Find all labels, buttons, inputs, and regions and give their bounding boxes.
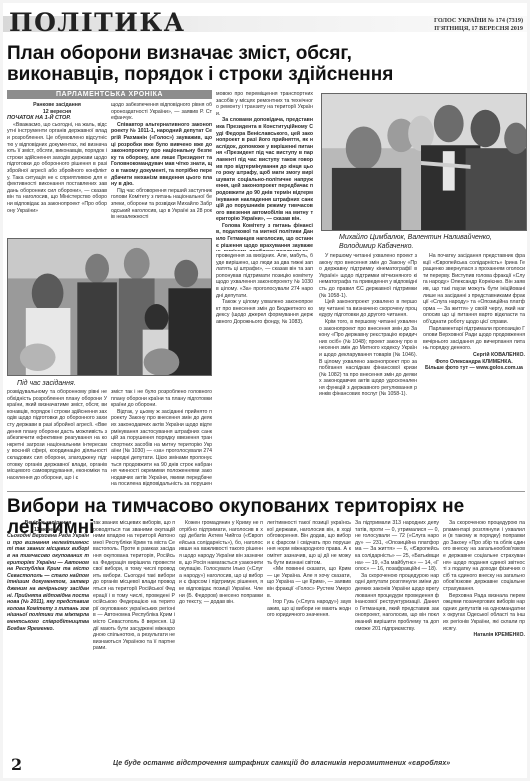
- body-text: У першому читанні ухвалено проект закону…: [319, 253, 417, 299]
- page-number: 2: [11, 755, 22, 774]
- issue-date: П'ЯТНИЦЯ, 17 ВЕРЕСНЯ 2019: [434, 25, 523, 33]
- article1-headline: План оборони визначає зміст, обсяг, вико…: [7, 43, 437, 85]
- body-text: щодо забезпечення відповідного рівня обо…: [111, 102, 212, 122]
- issue-number: ГОЛОС УКРАЇНИ № 174 (7319): [434, 17, 523, 25]
- article2-column-1: Вечірнє засідання11 вересня Сьогодні Вер…: [7, 520, 89, 748]
- body-text: Відтак, у цьому ж засіданні прийнято про…: [111, 409, 212, 489]
- body-text: легітимності такої позиції української д…: [267, 520, 351, 566]
- body-text: За підтримали 313 народних депутатів, пр…: [355, 520, 439, 573]
- body-text: На початку засідання представник фракції…: [423, 253, 525, 326]
- article1-column-3: мовою про переміщення транспортних засоб…: [216, 91, 313, 251]
- dateline: Вечірнє засідання11 вересня: [7, 520, 89, 533]
- article1-column-lower-1: розвідувальному та оборонному рівні необ…: [7, 389, 107, 489]
- body-text: Крім того, в першому читанні ухвалено за…: [319, 319, 417, 398]
- body-text: розвідувальному та оборонному рівні необ…: [7, 389, 107, 481]
- article2-column-3: Кожен громадянин у Криму не потрібно під…: [179, 520, 263, 748]
- body-text: За словами доповідача, представника През…: [216, 117, 313, 223]
- body-text: За скороченою процедурою парламентарі ро…: [443, 520, 525, 593]
- author-signature: Сергій КОВАЛЕНКО.: [423, 352, 525, 359]
- dateline: Ранкове засідання12 вересня: [7, 102, 107, 115]
- masthead: ПОЛІТИКА ГОЛОС УКРАЇНИ № 174 (7319) П'ЯТ…: [3, 8, 527, 36]
- article1-column-lower-3: проведення за вихідних. Але, мабуть, буд…: [216, 253, 313, 489]
- body-text: Верховна Рада визнала переможцями позаче…: [443, 593, 525, 633]
- body-text: «Ми повинні сказати, що Крим — це Україн…: [267, 566, 351, 599]
- body-text: зміст так і не було розроблено головного…: [111, 389, 212, 409]
- lead-text: Сьогодні Верховна Рада України про визна…: [7, 533, 89, 632]
- body-text: За скороченою процедурою народні депутат…: [355, 573, 439, 632]
- body-text: Кожен громадянин у Криму не потрібно під…: [179, 520, 263, 606]
- article2-column-6: За скороченою процедурою парламентарі ро…: [443, 520, 525, 748]
- body-text: Ігор Гузь («Слуга народу») зауважив, що …: [267, 599, 351, 619]
- page-footer: 2 Це буде останнє відстрочення штрафних …: [3, 751, 527, 778]
- body-text: Також у цілому ухвалено законопроект про…: [216, 299, 313, 325]
- author-signature: Наталія КРЕМЕНКО.: [443, 632, 525, 639]
- body-text: Під час обговорення перший заступник гол…: [111, 188, 212, 221]
- section-title: ПОЛІТИКА: [9, 8, 186, 38]
- photo-deputies-caption: Михайло Цимбалюк, Валентин Наливайченко,…: [339, 233, 519, 251]
- body-text: мовою про переміщення транспортних засоб…: [216, 91, 313, 117]
- footer-teaser: Це буде останнє відстрочення штрафних са…: [113, 760, 450, 767]
- photo-deputies-image: [322, 94, 526, 230]
- newspaper-page: ПОЛІТИКА ГОЛОС УКРАЇНИ № 174 (7319) П'ЯТ…: [3, 3, 527, 778]
- body-text: Цей законопроект ухвалено в першому чита…: [319, 299, 417, 319]
- section-divider: [7, 491, 525, 492]
- rubric-banner: ПАРЛАМЕНТСЬКА ХРОНІКА: [7, 90, 212, 99]
- article1-column-lower-4: У першому читанні ухвалено проект закону…: [319, 253, 417, 489]
- article2-column-2: так званих місцевих виборів, що проводят…: [93, 520, 175, 748]
- article2-column-4: легітимності такої позиції української д…: [267, 520, 351, 748]
- photo-session-image: [8, 239, 211, 375]
- article1-column-1: Ранкове засідання12 вересня ПОЧАТОК НА 1…: [7, 102, 107, 236]
- photo-session: [7, 238, 212, 376]
- photo-deputies: [321, 93, 527, 231]
- body-text: «Вважаємо, що сьогодні, на жаль, відсутн…: [7, 122, 107, 214]
- body-text: Парламентарі підтримали пропозицію Голов…: [423, 326, 525, 352]
- body-text: Голова Комітету з питань фінансів, подат…: [216, 223, 313, 251]
- issue-info: ГОЛОС УКРАЇНИ № 174 (7319) П'ЯТНИЦЯ, 17 …: [434, 17, 523, 33]
- body-text: проведення за вихідних. Але, мабуть, буд…: [216, 253, 313, 299]
- more-photos-link[interactable]: Більше фото тут — www.golos.com.ua: [423, 365, 525, 372]
- article1-column-2: щодо забезпечення відповідного рівня обо…: [111, 102, 212, 236]
- body-text: так званих місцевих виборів, що проводят…: [93, 520, 175, 652]
- continued-note: ПОЧАТОК НА 1-Й СТОР.: [7, 115, 107, 122]
- article1-column-lower-2: зміст так і не було розроблено головного…: [111, 389, 212, 489]
- body-text: Співавтор альтернативного законопроекту …: [111, 122, 212, 188]
- article1-column-lower-5: На початку засідання представник фракції…: [423, 253, 525, 489]
- photo-session-caption: Під час засідання.: [17, 379, 76, 388]
- article2-column-5: За підтримали 313 народних депутатів, пр…: [355, 520, 439, 748]
